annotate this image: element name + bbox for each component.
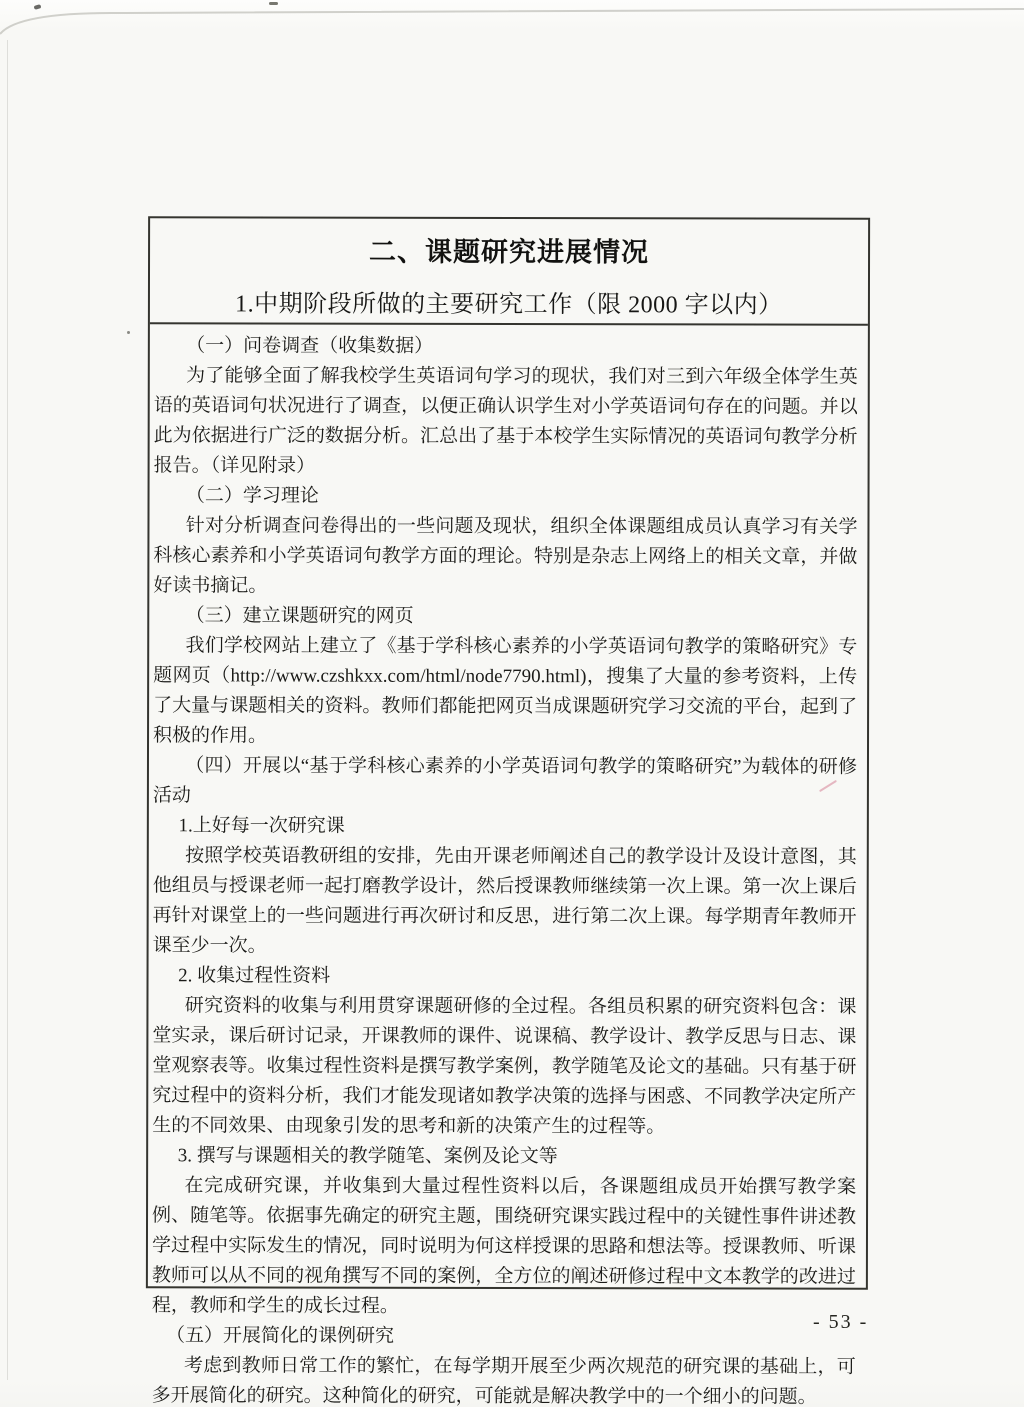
page-number: - 53 -	[813, 1311, 868, 1334]
content-paragraph: 针对分析调查问卷得出的一些问题及现状，组织全体课题组成员认真学习有关学科核心素养…	[153, 511, 857, 602]
title-section: 二、课题研究进展情况 1.中期阶段所做的主要研究工作（限 2000 字以内）	[150, 218, 868, 326]
report-form-box: 二、课题研究进展情况 1.中期阶段所做的主要研究工作（限 2000 字以内） （…	[146, 216, 870, 1290]
report-body: （一）问卷调查（收集数据） 为了能够全面了解我校学生英语词句学习的现状，我们对三…	[148, 324, 868, 1407]
content-paragraph: 在完成研究课，并收集到大量过程性资料以后，各课题组成员开始撰写教学案例、随笔等。…	[152, 1171, 856, 1322]
content-paragraph: 我们学校网站上建立了《基于学科核心素养的小学英语词句教学的策略研究》专题网页（h…	[153, 631, 857, 752]
paper-edge-left	[7, 40, 8, 1380]
scanned-page: 二、课题研究进展情况 1.中期阶段所做的主要研究工作（限 2000 字以内） （…	[0, 0, 1024, 1407]
scan-speck-icon	[34, 4, 42, 10]
paper-edge-curve	[0, 0, 1024, 60]
content-heading: （五）开展简化的课例研究	[152, 1321, 856, 1352]
content-paragraph: 为了能够全面了解我校学生英语词句学习的现状，我们对三到六年级全体学生英语的英语词…	[154, 361, 858, 482]
content-paragraph: 按照学校英语教研组的安排，先由开课老师阐述自己的教学设计及设计意图，其他组员与授…	[153, 841, 857, 962]
content-heading: 2. 收集过程性资料	[153, 961, 857, 992]
content-heading: （四）开展以“基于学科核心素养的小学英语词句教学的策略研究”为载体的研修活动	[153, 751, 857, 812]
content-paragraph: 考虑到教师日常工作的繁忙，在每学期开展至少两次规范的研究课的基础上，可多开展简化…	[152, 1351, 856, 1407]
content-heading: （一）问卷调查（收集数据）	[154, 331, 858, 362]
scan-speck-icon	[269, 2, 278, 5]
section-title: 二、课题研究进展情况	[150, 229, 868, 270]
content-heading: （三）建立课题研究的网页	[153, 601, 857, 632]
section-subtitle: 1.中期阶段所做的主要研究工作（限 2000 字以内）	[150, 283, 868, 320]
content-paragraph: 研究资料的收集与利用贯穿课题研修的全过程。各组员积累的研究资料包含：课堂实录，课…	[152, 991, 856, 1142]
content-heading: 1.上好每一次研究课	[153, 811, 857, 842]
scan-speck-icon	[127, 331, 130, 334]
content-heading: 3. 撰写与课题相关的教学随笔、案例及论文等	[152, 1141, 856, 1172]
content-heading: （二）学习理论	[154, 481, 858, 512]
